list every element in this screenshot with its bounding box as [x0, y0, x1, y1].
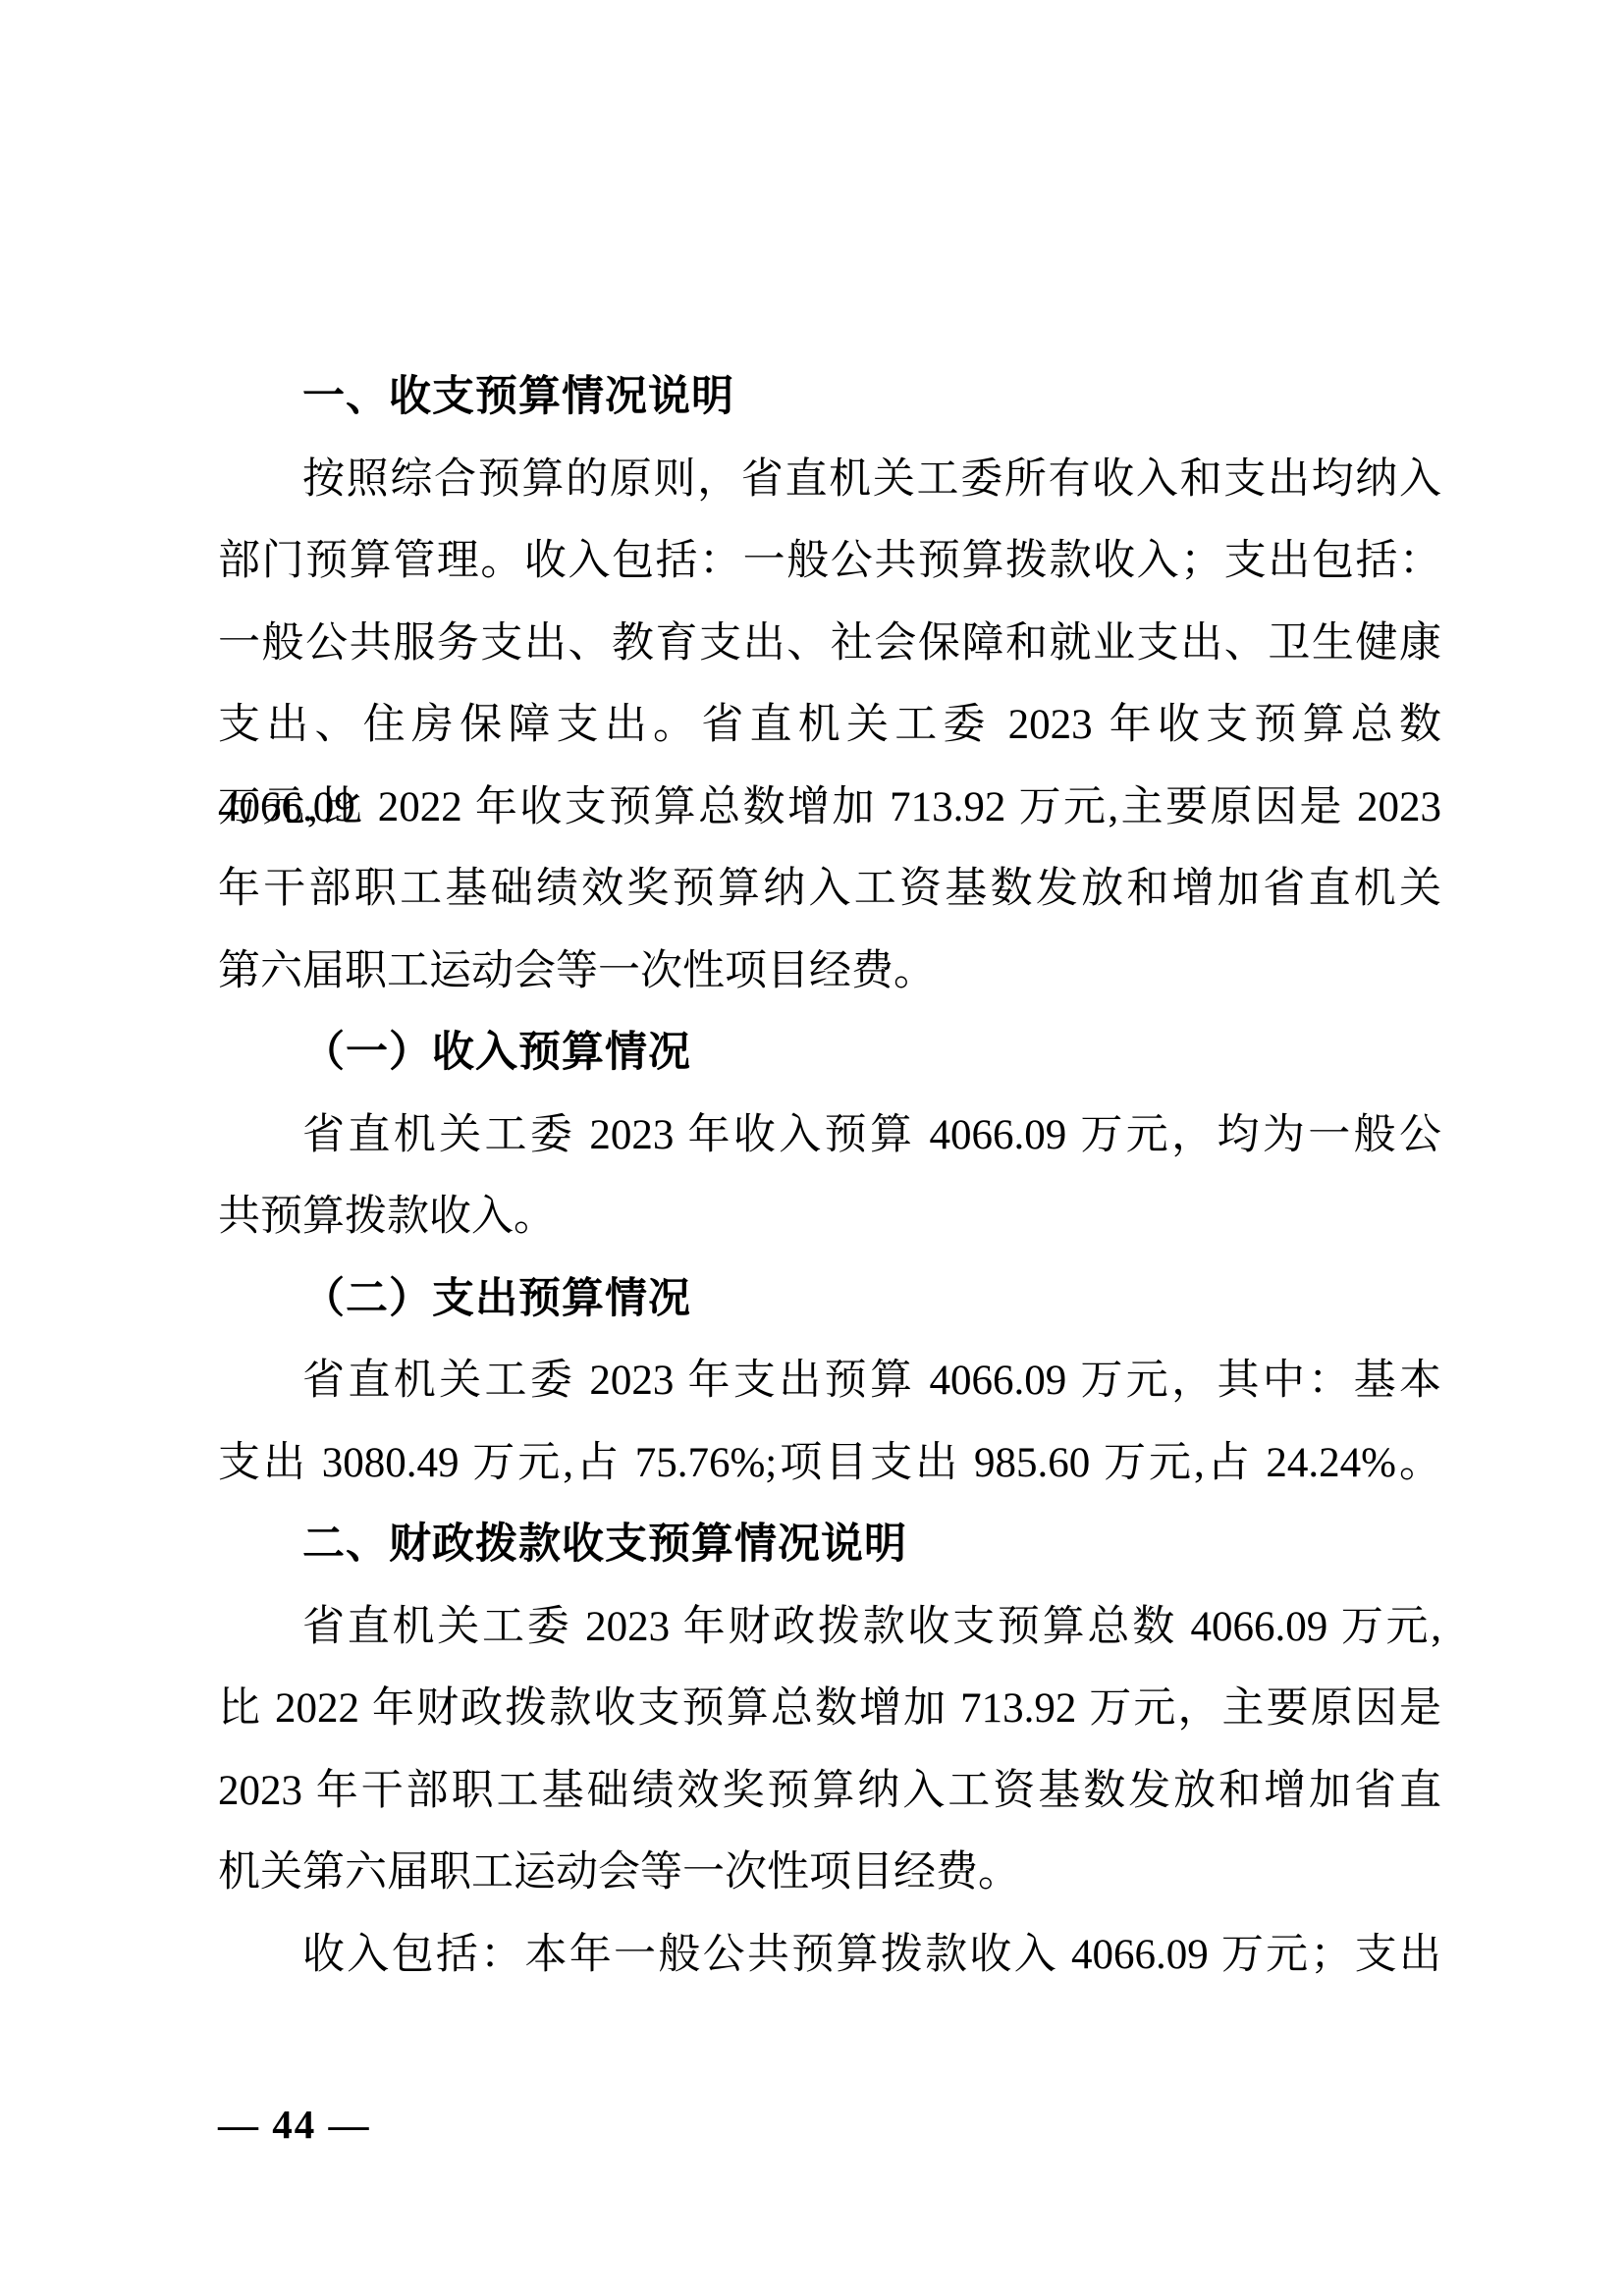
text-line: 2023 年干部职工基础绩效奖预算纳入工资基数发放和增加省直	[218, 1750, 1441, 1833]
document-body: 一、收支预算情况说明按照综合预算的原则，省直机关工委所有收入和支出均纳入部门预算…	[218, 356, 1441, 1996]
text-line: 机关第六届职工运动会等一次性项目经费。	[218, 1832, 1441, 1914]
document-page: 一、收支预算情况说明按照综合预算的原则，省直机关工委所有收入和支出均纳入部门预算…	[0, 0, 1624, 2296]
text-line: 万元,比 2022 年收支预算总数增加 713.92 万元,主要原因是 2023	[218, 767, 1441, 849]
section-heading: （二）支出预算情况	[218, 1258, 1441, 1341]
text-line: 比 2022 年财政拨款收支预算总数增加 713.92 万元，主要原因是	[218, 1668, 1441, 1750]
section-heading: （一）收入预算情况	[218, 1012, 1441, 1095]
page-number-footer: — 44 —	[218, 2097, 371, 2152]
text-line: 按照综合预算的原则，省直机关工委所有收入和支出均纳入	[218, 439, 1441, 521]
text-line: 支出、住房保障支出。省直机关工委 2023 年收支预算总数 4066.09	[218, 684, 1441, 767]
section-heading: 二、财政拨款收支预算情况说明	[218, 1504, 1441, 1586]
text-line: 年干部职工基础绩效奖预算纳入工资基数发放和增加省直机关	[218, 848, 1441, 931]
text-line: 第六届职工运动会等一次性项目经费。	[218, 931, 1441, 1013]
text-line: 部门预算管理。收入包括：一般公共预算拨款收入；支出包括：	[218, 520, 1441, 603]
text-line: 共预算拨款收入。	[218, 1176, 1441, 1258]
text-line: 支出 3080.49 万元,占 75.76%;项目支出 985.60 万元,占 …	[218, 1422, 1441, 1505]
text-line: 省直机关工委 2023 年收入预算 4066.09 万元，均为一般公	[218, 1095, 1441, 1177]
text-line: 一般公共服务支出、教育支出、社会保障和就业支出、卫生健康	[218, 603, 1441, 685]
text-line: 收入包括：本年一般公共预算拨款收入 4066.09 万元；支出	[218, 1914, 1441, 1997]
text-line: 省直机关工委 2023 年支出预算 4066.09 万元，其中：基本	[218, 1340, 1441, 1422]
text-line: 省直机关工委 2023 年财政拨款收支预算总数 4066.09 万元,	[218, 1586, 1441, 1669]
section-heading: 一、收支预算情况说明	[218, 356, 1441, 439]
